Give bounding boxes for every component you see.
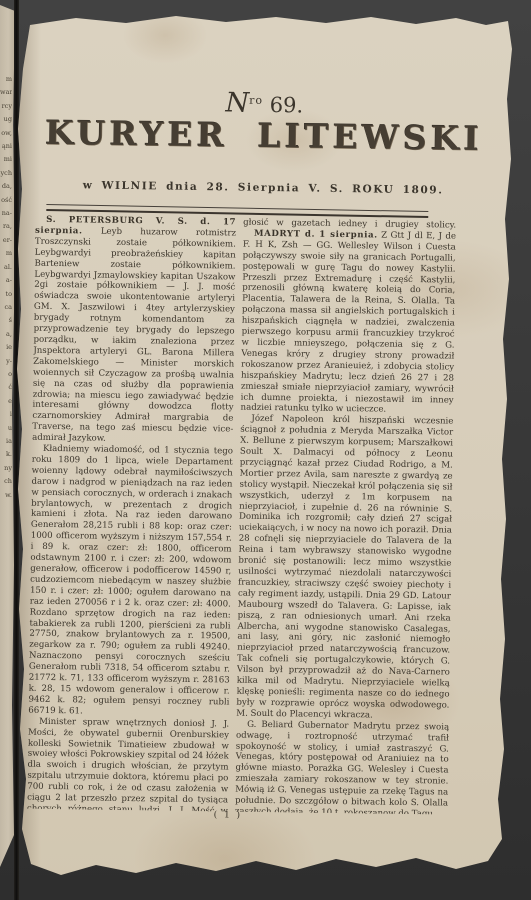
- article-text: Minister spraw wnętrznych doniosł J. J. …: [27, 717, 229, 812]
- binding-gutter: [14, 0, 19, 900]
- article-paragraph: MADRYT d. 1 sierpnia. Z Gtt J dl E, J de…: [240, 229, 456, 417]
- adjacent-page-edge: mwar-rcyugow,ąnimiychda,ośćna-ra,er-mal.…: [0, 5, 15, 867]
- masthead-dateline: w WILNIE dnia 28. Sierpnia V. S. ROKU 18…: [15, 178, 512, 197]
- article-text: Leyb huzarow rotmistrz Troszczynski zost…: [32, 227, 236, 444]
- issue-number-value: 69.: [263, 93, 303, 118]
- article-text: Józef Napoleon król hiszpański wczesnie …: [236, 414, 453, 720]
- issue-number-sup: ro: [249, 94, 263, 107]
- newspaper-page: Nro 69. KURYER LITEWSKI w WILNIE dnia 28…: [16, 9, 513, 885]
- article-text: Z Gtt J dl E, J de F. H K, Zsh — GG. Wel…: [240, 230, 456, 415]
- article-text: Kładniemy wiadomość, od 1 stycznia tego …: [28, 444, 233, 716]
- article-paragraph: S. PETERSBURG V. S. d. 17 sierpnia. Leyb…: [32, 215, 236, 447]
- issue-number-n: N: [225, 87, 249, 118]
- article-dateline-lead: MADRYT d. 1 sierpnia.: [254, 229, 378, 241]
- adjacent-page-text-fragments: mwar-rcyugow,ąnimiychda,ośćna-ra,er-mal.…: [0, 73, 12, 633]
- article-paragraph: Kładniemy wiadomość, od 1 stycznia tego …: [28, 444, 233, 719]
- newspaper-title: KURYER LITEWSKI: [15, 112, 512, 158]
- article-text: G. Beliard Gubernator Madrytu przez swoi…: [235, 719, 449, 814]
- article-paragraph: Minister spraw wnętrznych doniosł J. J. …: [27, 716, 229, 811]
- page-content: Nro 69. KURYER LITEWSKI w WILNIE dnia 28…: [5, 8, 514, 891]
- right-column: głosić w gazetach iedney i drugiey stoli…: [235, 218, 456, 815]
- left-column: S. PETERSBURG V. S. d. 17 sierpnia. Leyb…: [27, 215, 236, 812]
- article-paragraph: G. Beliard Gubernator Madrytu przez swoi…: [235, 719, 449, 814]
- article-paragraph: Józef Napoleon król hiszpański wczesnie …: [236, 414, 453, 722]
